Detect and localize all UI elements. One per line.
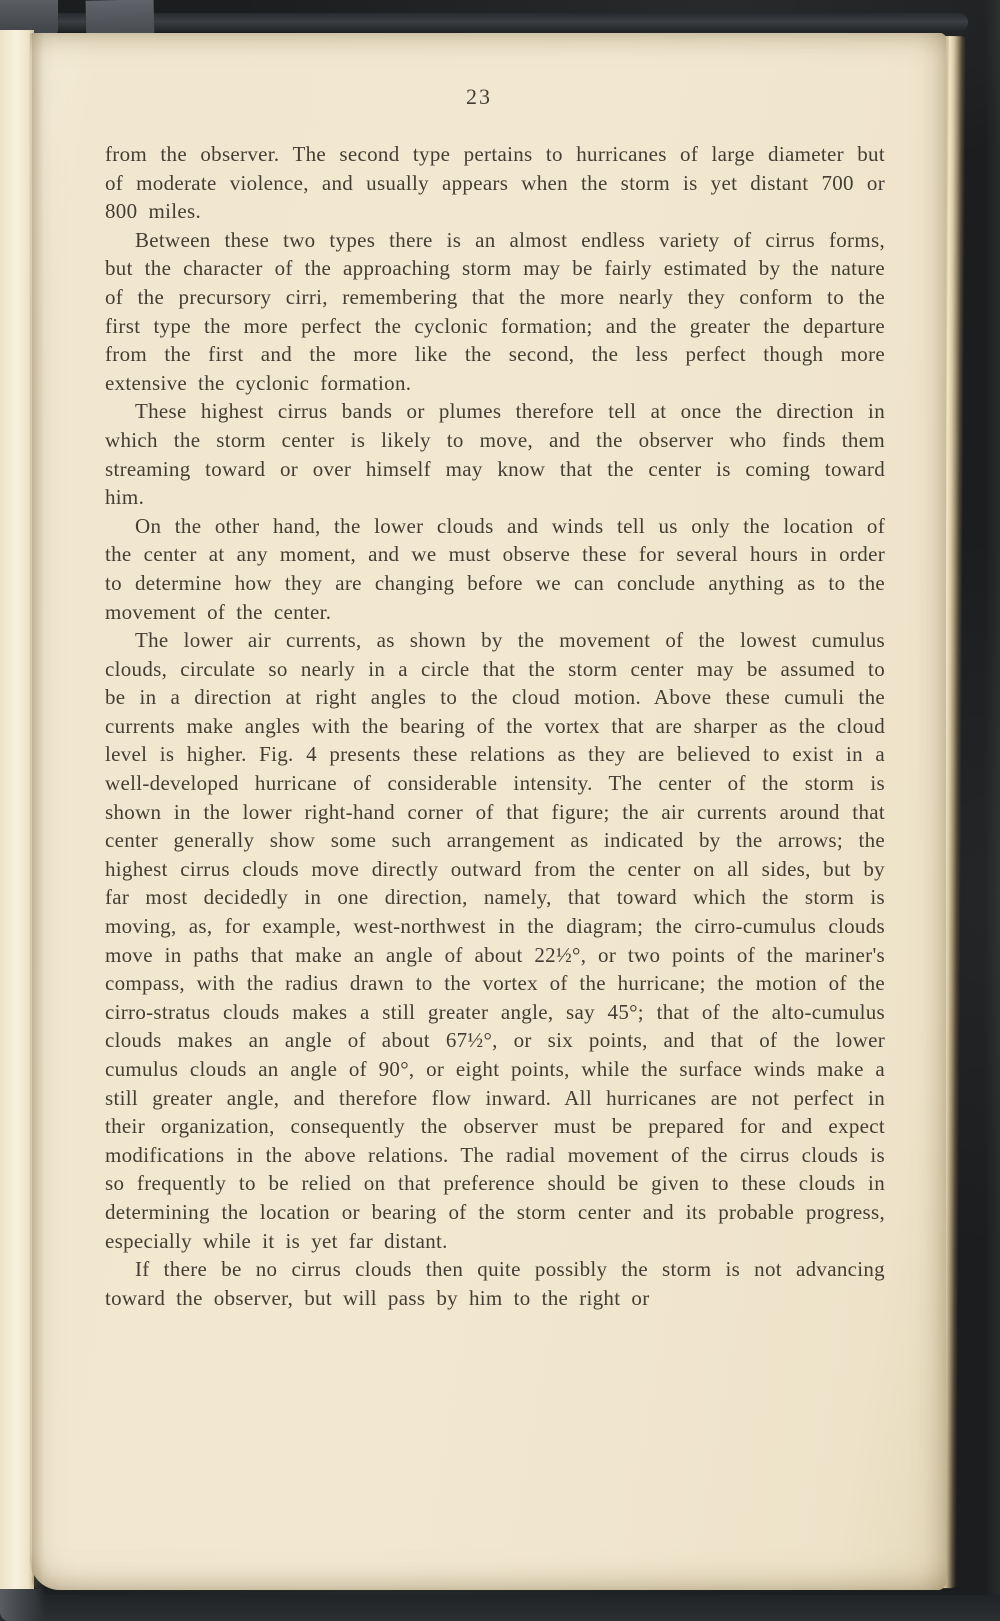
body-paragraph: Between these two types there is an almo… bbox=[105, 226, 885, 398]
body-paragraph: from the observer. The second type perta… bbox=[105, 140, 885, 226]
body-paragraph: On the other hand, the lower clouds and … bbox=[105, 512, 885, 626]
scanned-book-photo: 23 from the observer. The second type pe… bbox=[0, 0, 1000, 1621]
page-gutter-crease bbox=[32, 33, 44, 1590]
page-text-block: from the observer. The second type perta… bbox=[105, 140, 885, 1312]
page-number: 23 bbox=[90, 84, 868, 110]
cover-right-edge-highlight bbox=[984, 0, 1000, 1621]
page-edge-gutter-left bbox=[0, 30, 34, 1590]
body-paragraph: These highest cirrus bands or plumes the… bbox=[105, 397, 885, 511]
cover-bottom-left-lip bbox=[0, 1589, 46, 1621]
body-paragraph: The lower air currents, as shown by the … bbox=[105, 626, 885, 1255]
body-paragraph: If there be no cirrus clouds then quite … bbox=[105, 1255, 885, 1312]
book-page: 23 from the observer. The second type pe… bbox=[30, 33, 946, 1590]
cover-bottom-edge bbox=[0, 1595, 1000, 1621]
